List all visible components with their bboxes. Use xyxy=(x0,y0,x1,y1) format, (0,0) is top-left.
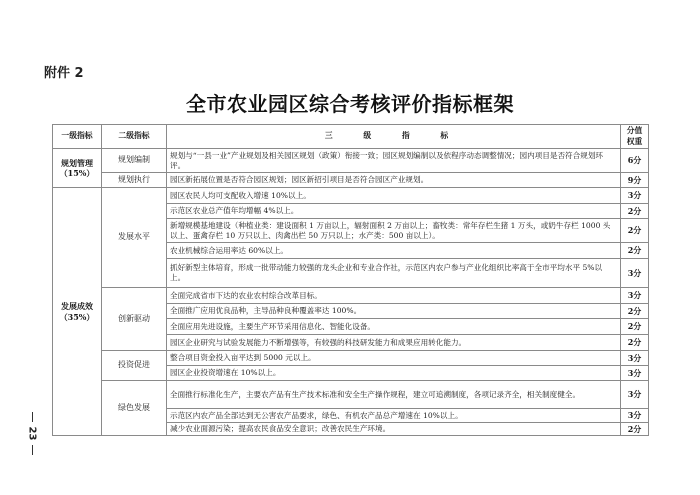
page-number-value: 23 xyxy=(26,426,37,440)
level3-item: 整合项目资金投入亩平达到 5000 元以上。 xyxy=(167,351,621,366)
table-row: 规划执行 园区新拓展位置是否符合园区规划；园区新招引项目是否符合园区产业规划。 … xyxy=(53,173,649,188)
table-header-row: 一级指标 二级指标 三 级 指 标 分值权重 xyxy=(53,125,649,149)
level3-item: 新增规模基地建设（种植业类：建设面积 1 万亩以上，辐射面积 2 万亩以上；畜牧… xyxy=(167,219,621,243)
level2-cell: 创新驱动 xyxy=(102,288,167,351)
level1-cell: 发展成效 （35%） xyxy=(53,188,102,436)
level2-cell: 规划编制 xyxy=(102,149,167,173)
level3-item: 园区企业投资增速在 10%以上。 xyxy=(167,366,621,381)
score-cell: 2分 xyxy=(621,319,649,335)
level2-cell: 发展水平 xyxy=(102,188,167,288)
header-level1: 一级指标 xyxy=(53,125,102,149)
table-row: 绿色发展 全面推行标准化生产，主要农产品有生产技术标准和安全生产操作规程，建立可… xyxy=(53,381,649,409)
score-cell: 3分 xyxy=(621,259,649,288)
level2-cell: 投资促进 xyxy=(102,351,167,381)
level3-item: 全面推行标准化生产，主要农产品有生产技术标准和安全生产操作规程，建立可追溯制度，… xyxy=(167,381,621,409)
level2-cell: 绿色发展 xyxy=(102,381,167,436)
level1-label: 规划管理 xyxy=(61,158,93,168)
level3-item: 减少农业面源污染；提高农民食品安全意识；改善农民生产环境。 xyxy=(167,423,621,436)
table-row: 规划管理 （15%） 规划编制 规划与“一县一业”产业规划及相关园区规划（政策）… xyxy=(53,149,649,173)
score-cell: 6分 xyxy=(621,149,649,173)
score-cell: 2分 xyxy=(621,243,649,259)
level3-item: 全面推广应用优良品种，主导品种良种覆盖率达 100%。 xyxy=(167,304,621,319)
score-cell: 3分 xyxy=(621,188,649,204)
table-row: 投资促进 整合项目资金投入亩平达到 5000 元以上。 3分 xyxy=(53,351,649,366)
page-number-dash xyxy=(32,412,33,422)
level3-item: 园区新拓展位置是否符合园区规划；园区新招引项目是否符合园区产业规划。 xyxy=(167,173,621,188)
score-cell: 2分 xyxy=(621,219,649,243)
level3-item: 规划与“一县一业”产业规划及相关园区规划（政策）衔接一致；园区规划编制以及依程序… xyxy=(167,149,621,173)
header-weight: 分值权重 xyxy=(621,125,649,149)
level2-cell: 规划执行 xyxy=(102,173,167,188)
level3-item: 农业机械综合运用率达 60%以上。 xyxy=(167,243,621,259)
header-level2: 二级指标 xyxy=(102,125,167,149)
score-cell: 9分 xyxy=(621,173,649,188)
level3-item: 园区农民人均可支配收入增速 10%以上。 xyxy=(167,188,621,204)
level1-percent: （15%） xyxy=(56,168,98,178)
score-cell: 2分 xyxy=(621,304,649,319)
level1-percent: （35%） xyxy=(56,312,98,322)
score-cell: 2分 xyxy=(621,423,649,436)
attachment-label: 附件 2 xyxy=(44,62,84,81)
document-title: 全市农业园区综合考核评价指标框架 xyxy=(0,88,700,117)
level3-item: 示范区农业总产值年均增幅 4%以上。 xyxy=(167,204,621,219)
level1-label: 发展成效 xyxy=(61,301,93,311)
score-cell: 3分 xyxy=(621,351,649,366)
header-level3: 三 级 指 标 xyxy=(167,125,621,149)
score-cell: 3分 xyxy=(621,381,649,409)
score-cell: 2分 xyxy=(621,335,649,351)
table-row: 创新驱动 全面完成省市下达的农业农村综合改革目标。 3分 xyxy=(53,288,649,304)
level3-item: 示范区内农产品全部达到无公害农产品要求，绿色、有机农产品总产增速在 10%以上。 xyxy=(167,409,621,423)
level3-item: 全面应用先进设施，主要生产环节采用信息化、智能化设备。 xyxy=(167,319,621,335)
level3-item: 全面完成省市下达的农业农村综合改革目标。 xyxy=(167,288,621,304)
page-number-dash xyxy=(32,445,33,455)
score-cell: 3分 xyxy=(621,366,649,381)
page-number: 23 xyxy=(22,398,42,468)
table-row: 发展成效 （35%） 发展水平 园区农民人均可支配收入增速 10%以上。 3分 xyxy=(53,188,649,204)
evaluation-table: 一级指标 二级指标 三 级 指 标 分值权重 规划管理 （15%） 规划编制 规… xyxy=(52,124,649,436)
score-cell: 2分 xyxy=(621,204,649,219)
level1-cell: 规划管理 （15%） xyxy=(53,149,102,188)
score-cell: 3分 xyxy=(621,288,649,304)
score-cell: 3分 xyxy=(621,409,649,423)
level3-item: 抓好新型主体培育，形成一批带动能力较强的龙头企业和专业合作社，示范区内农户参与产… xyxy=(167,259,621,288)
level3-item: 园区企业研究与试验发展能力不断增强等，有较强的科技研发能力和成果应用转化能力。 xyxy=(167,335,621,351)
